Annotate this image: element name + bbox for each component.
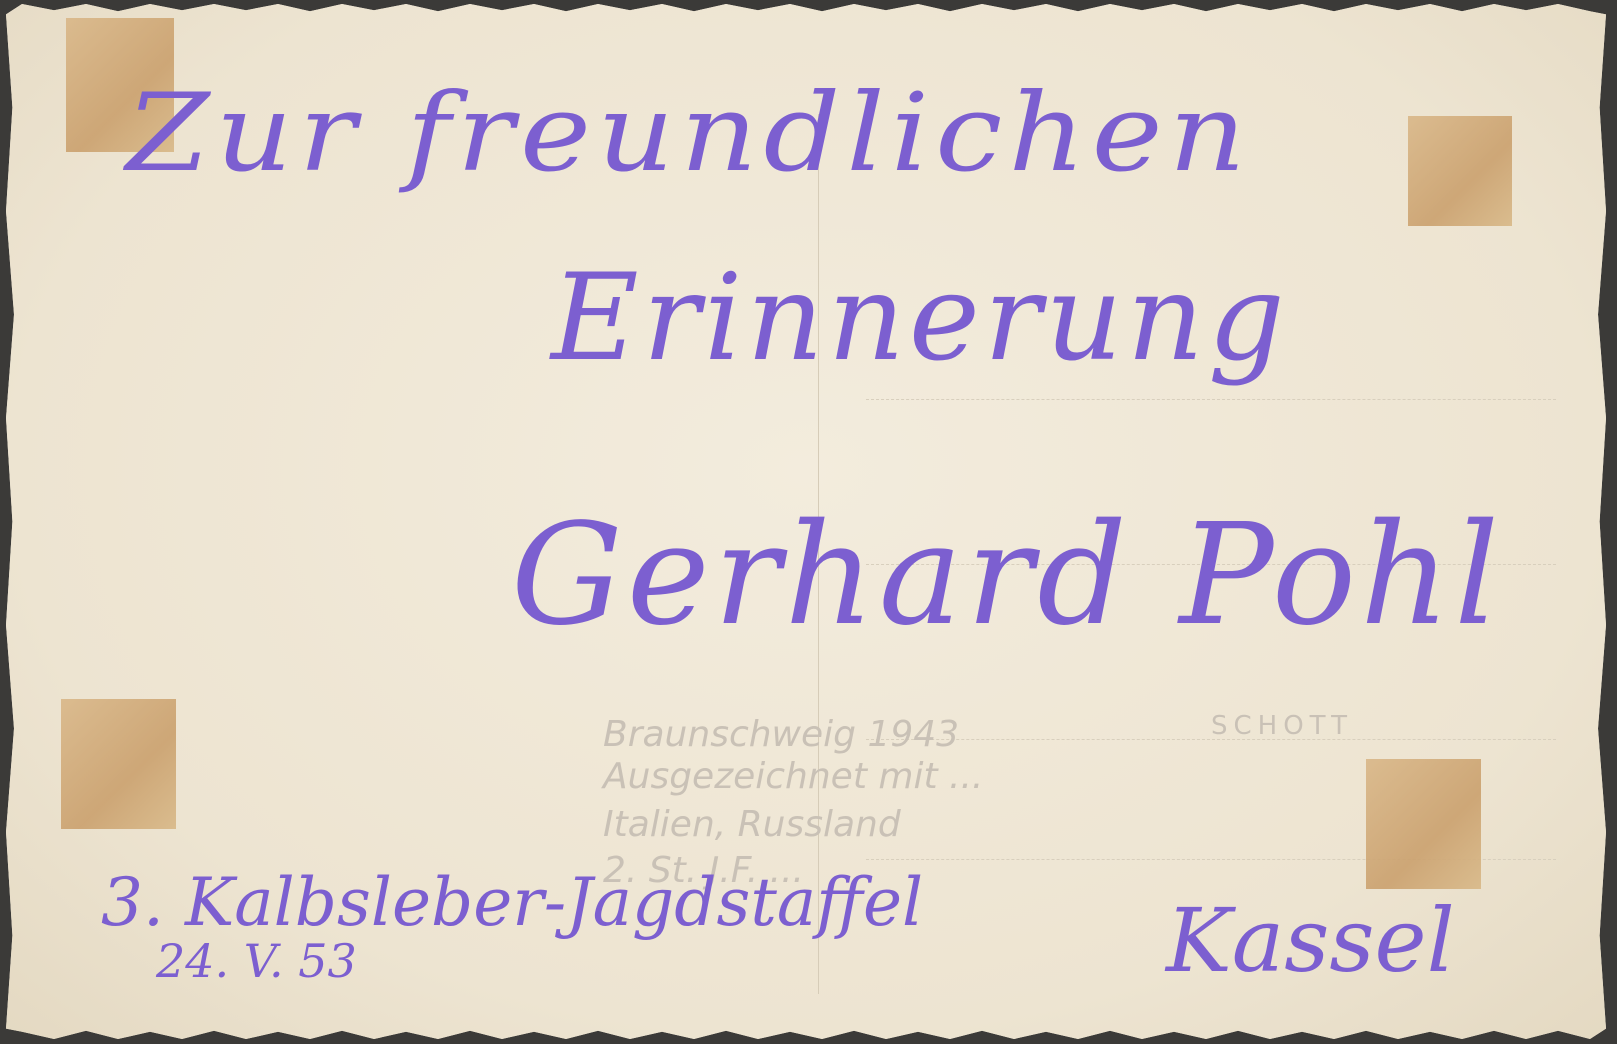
dedication-line-1: Zur freundlichen xyxy=(126,71,1252,196)
tape-remnant-bottom-right xyxy=(1366,759,1481,889)
tape-remnant-bottom-left xyxy=(61,699,176,829)
pencil-note-line: Braunschweig 1943 xyxy=(603,714,959,755)
pencil-note-line: Ausgezeichnet mit ... xyxy=(603,756,983,797)
dedication-line-2: Erinnerung xyxy=(551,249,1289,388)
signature: Gerhard Pohl xyxy=(511,494,1503,657)
footer-date-text: 24. V. 53 xyxy=(156,934,357,988)
pencil-stamp-name: SCHOTT xyxy=(1211,711,1353,741)
pencil-note-line: Italien, Russland xyxy=(603,804,901,845)
tape-remnant-top-right xyxy=(1408,116,1512,226)
footer-unit-text: 3. Kalbsleber-Jagdstaffel xyxy=(101,864,923,941)
footer-place-text: Kassel xyxy=(1166,889,1455,992)
postcard-back: Zur freundlichen Erinnerung Gerhard Pohl… xyxy=(6,4,1606,1039)
address-line xyxy=(866,399,1556,401)
